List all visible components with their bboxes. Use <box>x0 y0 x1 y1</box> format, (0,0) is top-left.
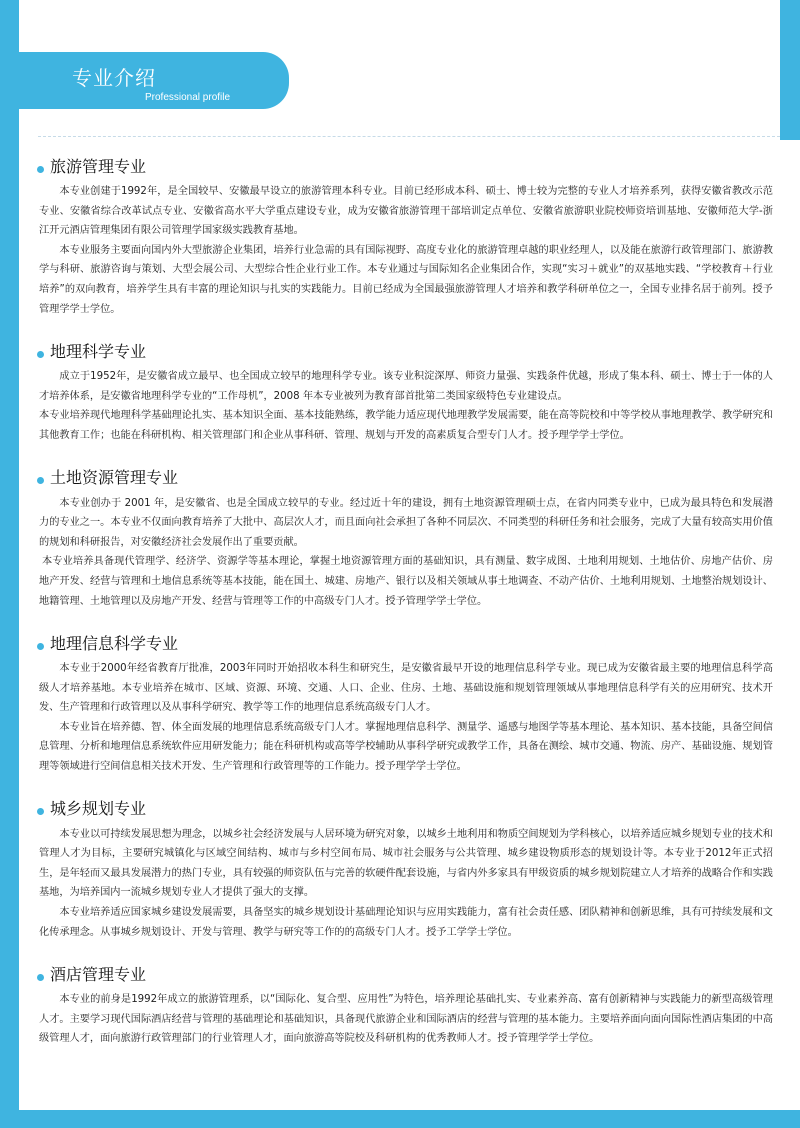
section-hotel-management: 酒店管理专业 本专业的前身是1992年成立的旅游管理系，以“国际化、复合型、应用… <box>37 956 777 1049</box>
section-title: 城乡规划专业 <box>50 796 146 819</box>
bullet-dot-icon <box>37 974 44 981</box>
section-paragraph: 本专业培养适应国家城乡建设发展需要，具备坚实的城乡规划设计基础理论知识与应用实践… <box>37 903 777 942</box>
header-divider <box>38 136 780 137</box>
section-paragraph: 本专业培养现代地理科学基础理论扎实、基本知识全面、基本技能熟练，教学能力适应现代… <box>37 406 777 445</box>
right-accent-bar <box>780 0 800 140</box>
section-title: 地理信息科学专业 <box>50 631 178 654</box>
section-heading: 城乡规划专业 <box>37 791 777 825</box>
section-geography-science: 地理科学专业 成立于1952年，是安徽省成立最早、也全国成立较早的地理科学专业。… <box>37 333 777 445</box>
section-land-resource-management: 土地资源管理专业 本专业创办于 2001 年，是安徽省、也是全国成立较早的专业。… <box>37 460 777 612</box>
bullet-dot-icon <box>37 808 44 815</box>
section-heading: 地理科学专业 <box>37 333 777 367</box>
page-subtitle: Professional profile <box>145 92 230 103</box>
section-heading: 土地资源管理专业 <box>37 460 777 494</box>
section-title: 地理科学专业 <box>50 339 146 362</box>
bullet-dot-icon <box>37 166 44 173</box>
section-heading: 地理信息科学专业 <box>37 625 777 659</box>
section-tourism-management: 旅游管理专业 本专业创建于1992年，是全国较早、安徽最早设立的旅游管理本科专业… <box>37 148 777 319</box>
footer-accent-bar <box>0 1110 800 1128</box>
bullet-dot-icon <box>37 477 44 484</box>
section-title: 酒店管理专业 <box>50 962 146 985</box>
section-paragraph: 本专业培养具备现代管理学、经济学、资源学等基本理论，掌握土地资源管理方面的基础知… <box>37 552 777 611</box>
section-paragraph: 本专业以可持续发展思想为理念，以城乡社会经济发展与人居环境为研究对象，以城乡土地… <box>37 825 777 903</box>
section-paragraph: 本专业创建于1992年，是全国较早、安徽最早设立的旅游管理本科专业。目前已经形成… <box>37 182 777 241</box>
section-geographic-information-science: 地理信息科学专业 本专业于2000年经省教育厅批准，2003年同时开始招收本科生… <box>37 625 777 777</box>
section-title: 旅游管理专业 <box>50 154 146 177</box>
section-paragraph: 本专业的前身是1992年成立的旅游管理系，以“国际化、复合型、应用性”为特色，培… <box>37 990 777 1049</box>
page-title: 专业介绍 <box>72 62 156 91</box>
bullet-dot-icon <box>37 643 44 650</box>
section-paragraph: 本专业旨在培养德、智、体全面发展的地理信息系统高级专门人才。掌握地理信息科学、测… <box>37 718 777 777</box>
bullet-dot-icon <box>37 351 44 358</box>
content-area: 旅游管理专业 本专业创建于1992年，是全国较早、安徽最早设立的旅游管理本科专业… <box>37 148 777 1063</box>
left-accent-bar <box>0 0 19 1128</box>
section-heading: 酒店管理专业 <box>37 956 777 990</box>
section-paragraph: 本专业服务主要面向国内外大型旅游企业集团，培养行业急需的具有国际视野、高度专业化… <box>37 241 777 319</box>
section-paragraph: 成立于1952年，是安徽省成立最早、也全国成立较早的地理科学专业。该专业积淀深厚… <box>37 367 777 406</box>
section-title: 土地资源管理专业 <box>50 465 178 488</box>
header-banner: 专业介绍 Professional profile <box>19 52 289 109</box>
section-paragraph: 本专业于2000年经省教育厅批准，2003年同时开始招收本科生和研究生，是安徽省… <box>37 659 777 718</box>
section-heading: 旅游管理专业 <box>37 148 777 182</box>
section-paragraph: 本专业创办于 2001 年，是安徽省、也是全国成立较早的专业。经过近十年的建设，… <box>37 494 777 553</box>
section-urban-rural-planning: 城乡规划专业 本专业以可持续发展思想为理念，以城乡社会经济发展与人居环境为研究对… <box>37 791 777 943</box>
